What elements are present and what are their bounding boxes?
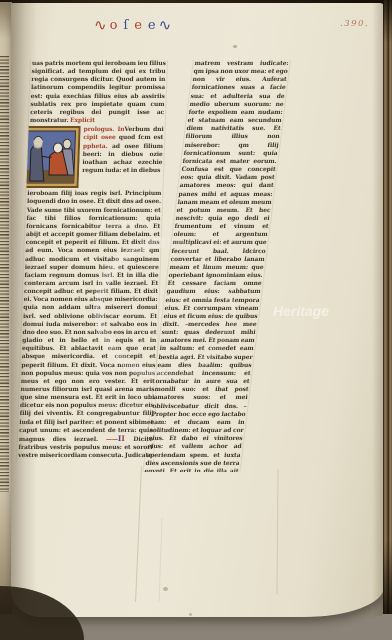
prologue-text: uas patris mortem qui ieroboam ieu filiu…	[30, 60, 166, 125]
manuscript-photo: { "colors":{"ink":"#44362a","rubric_red"…	[0, 0, 392, 640]
left-column-body-text: ieroboam filij ioas regis isrl. Principi…	[18, 190, 161, 460]
parchment-stain	[189, 613, 192, 616]
text-segment: e	[134, 18, 142, 33]
previous-page-text-edge	[0, 56, 9, 492]
text-segment: ieroboam filij ioas regis isrl. Principi…	[19, 190, 162, 443]
text-segment: e	[148, 18, 156, 33]
historiated-miniature	[21, 126, 81, 188]
figure-back-head	[63, 139, 71, 149]
figure-right-head	[53, 143, 62, 153]
text-segment: –	[243, 403, 247, 410]
text-segment: o	[110, 18, 118, 33]
left-text-column: uas patris mortem qui ieroboam ieu filiu…	[16, 60, 168, 462]
text-segment: prologus. In	[83, 126, 124, 133]
text-segment: Explicit	[70, 117, 95, 124]
text-segment: quod fcm est	[119, 134, 164, 141]
text-segment: Verbum dni	[124, 126, 163, 133]
text-segment: cipit osee	[83, 134, 119, 141]
incipit-rubric-text: prologus. InVerbum dni cipit osee quod f…	[82, 126, 164, 188]
text-segment: ſ	[123, 18, 128, 33]
book-fore-edge	[383, 0, 392, 614]
text-segment: mercedes hee mee sunt: quas dederunt mih…	[152, 321, 257, 410]
text-segment: ——	[106, 436, 118, 443]
parchment-stain	[163, 587, 168, 591]
text-segment: uas patris mortem qui ieroboam ieu filiu…	[30, 60, 166, 124]
parchment-stain	[233, 45, 237, 48]
header-flourish-right-icon: ∿	[159, 16, 172, 34]
running-title-letters: oſee	[107, 18, 159, 33]
running-title: ∿oſee∿	[94, 16, 171, 38]
text-segment: Propter hoc ecce ego lactabo eam: et duc…	[142, 411, 246, 472]
text-segment: ppheta.	[83, 143, 112, 150]
header-flourish-left-icon: ∿	[94, 16, 107, 34]
miniature-row: prologus. InVerbum dni cipit osee quod f…	[28, 126, 164, 188]
folio-number: .390.	[340, 19, 369, 29]
